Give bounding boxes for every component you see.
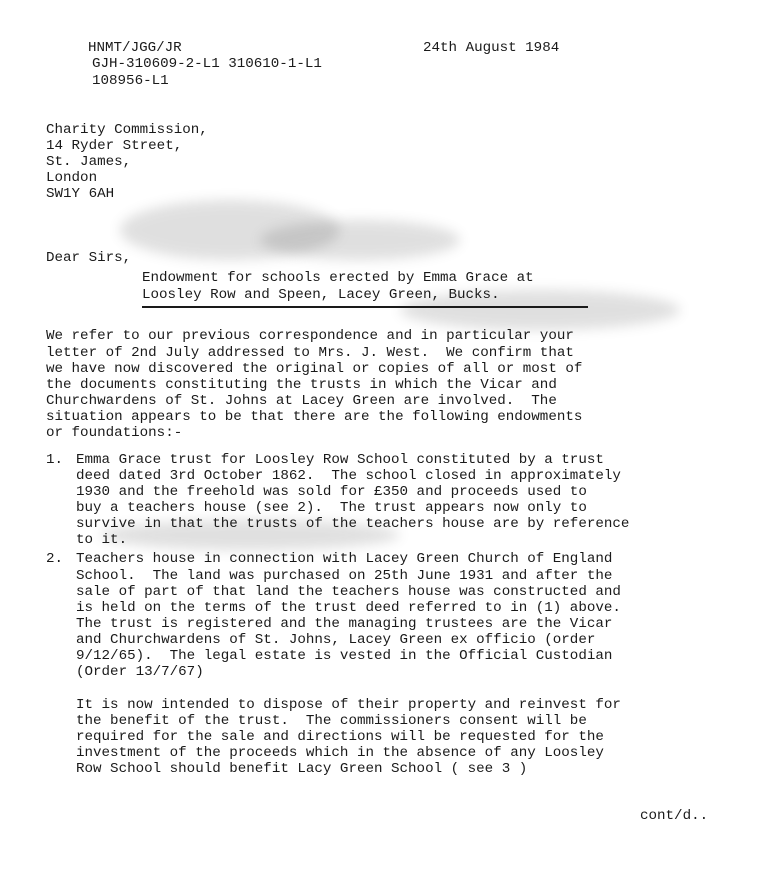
paragraph-line: the benefit of the trust. The commission… xyxy=(76,713,587,729)
subject-underline xyxy=(142,306,588,308)
item-number: 1. xyxy=(46,452,63,468)
paragraph-line: School. The land was purchased on 25th J… xyxy=(76,568,612,584)
file-reference: 108956-L1 xyxy=(92,73,169,89)
paragraph-line: 1930 and the freehold was sold for £350 … xyxy=(76,484,587,500)
reference-code: HNMT/JGG/JR xyxy=(88,40,182,56)
paragraph-line: investment of the proceeds which in the … xyxy=(76,745,604,761)
paragraph-line: survive in that the trusts of the teache… xyxy=(76,516,629,532)
paragraph-line: and Churchwardens of St. Johns, Lacey Gr… xyxy=(76,632,595,648)
file-reference: GJH-310609-2-L1 310610-1-L1 xyxy=(92,56,322,72)
paragraph-line: sale of part of that land the teachers h… xyxy=(76,584,621,600)
paragraph-line: We refer to our previous correspondence … xyxy=(46,328,574,344)
paragraph-line: to it. xyxy=(76,532,127,548)
address-line: 14 Ryder Street, xyxy=(46,138,182,154)
paragraph-line: Churchwardens of St. Johns at Lacey Gree… xyxy=(46,393,557,409)
paragraph-line: buy a teachers house (see 2). The trust … xyxy=(76,500,587,516)
paragraph-line: required for the sale and directions wil… xyxy=(76,729,604,745)
paragraph-line: 9/12/65). The legal estate is vested in … xyxy=(76,648,612,664)
paragraph-line: letter of 2nd July addressed to Mrs. J. … xyxy=(46,345,574,361)
paragraph-line: Teachers house in connection with Lacey … xyxy=(76,551,612,567)
subject-line: Endowment for schools erected by Emma Gr… xyxy=(142,270,534,286)
letter-date: 24th August 1984 xyxy=(423,40,559,56)
paragraph-line: The trust is registered and the managing… xyxy=(76,616,612,632)
address-line: SW1Y 6AH xyxy=(46,186,114,202)
paragraph-line: situation appears to be that there are t… xyxy=(46,409,582,425)
copy-noise xyxy=(260,220,460,260)
address-line: St. James, xyxy=(46,154,131,170)
item-number: 2. xyxy=(46,551,63,567)
subject-line: Loosley Row and Speen, Lacey Green, Buck… xyxy=(142,287,500,303)
address-line: Charity Commission, xyxy=(46,122,208,138)
paragraph-line: Emma Grace trust for Loosley Row School … xyxy=(76,452,604,468)
paragraph-line: we have now discovered the original or c… xyxy=(46,361,582,377)
continuation-note: cont/d.. xyxy=(640,808,708,824)
salutation: Dear Sirs, xyxy=(46,250,131,266)
paragraph-line: the documents constituting the trusts in… xyxy=(46,377,557,393)
paragraph-line: It is now intended to dispose of their p… xyxy=(76,697,621,713)
paragraph-line: deed dated 3rd October 1862. The school … xyxy=(76,468,621,484)
paragraph-line: (Order 13/7/67) xyxy=(76,664,204,680)
address-line: London xyxy=(46,170,97,186)
paragraph-line: or foundations:- xyxy=(46,425,182,441)
paragraph-line: is held on the terms of the trust deed r… xyxy=(76,600,621,616)
paragraph-line: Row School should benefit Lacy Green Sch… xyxy=(76,761,527,777)
